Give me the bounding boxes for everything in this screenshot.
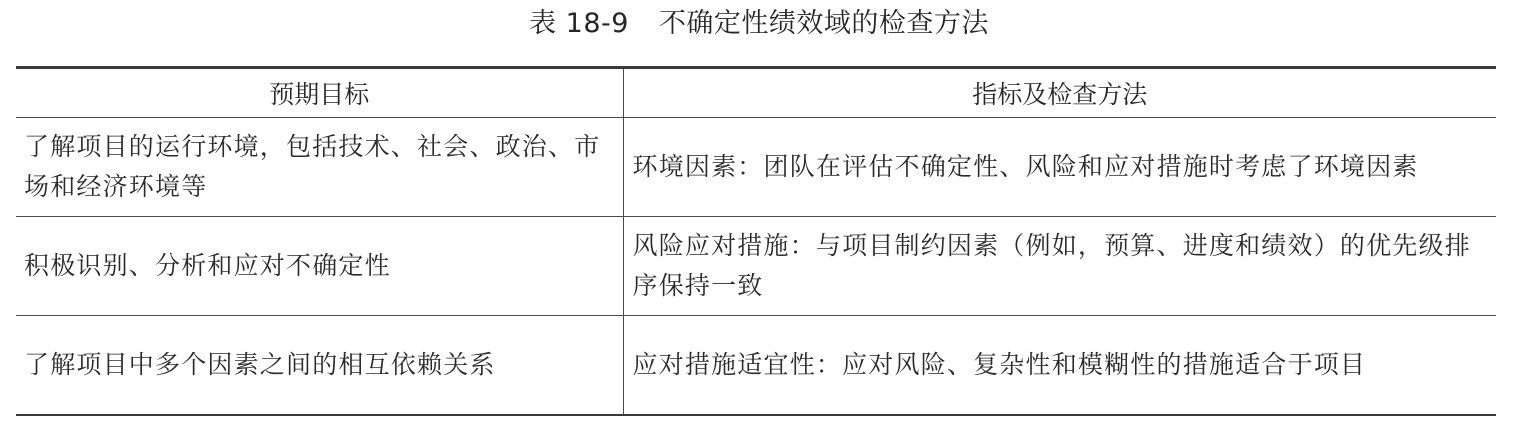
table-title: 不确定性绩效域的检查方法 — [659, 8, 989, 39]
table-number: 表 18-9 — [529, 8, 629, 39]
goal-cell: 了解项目的运行环境，包括技术、社会、政治、市场和经济环境等 — [16, 118, 623, 217]
header-expected-goal: 预期目标 — [16, 68, 623, 118]
table-caption: 表 18-9不确定性绩效域的检查方法 — [0, 6, 1518, 42]
goal-cell: 积极识别、分析和应对不确定性 — [16, 217, 623, 316]
metric-cell: 应对措施适宜性：应对风险、复杂性和模糊性的措施适合于项目 — [623, 316, 1496, 416]
metric-cell: 环境因素：团队在评估不确定性、风险和应对措施时考虑了环境因素 — [623, 118, 1496, 217]
header-metrics-and-methods: 指标及检查方法 — [623, 68, 1496, 118]
goal-cell: 了解项目中多个因素之间的相互依赖关系 — [16, 316, 623, 416]
table-row: 积极识别、分析和应对不确定性 风险应对措施：与项目制约因素（例如，预算、进度和绩… — [16, 217, 1496, 316]
inspection-methods-table: 预期目标 指标及检查方法 了解项目的运行环境，包括技术、社会、政治、市场和经济环… — [16, 66, 1496, 416]
metric-cell: 风险应对措施：与项目制约因素（例如，预算、进度和绩效）的优先级排序保持一致 — [623, 217, 1496, 316]
table-row: 了解项目的运行环境，包括技术、社会、政治、市场和经济环境等 环境因素：团队在评估… — [16, 118, 1496, 217]
table-row: 了解项目中多个因素之间的相互依赖关系 应对措施适宜性：应对风险、复杂性和模糊性的… — [16, 316, 1496, 416]
table-header-row: 预期目标 指标及检查方法 — [16, 68, 1496, 118]
